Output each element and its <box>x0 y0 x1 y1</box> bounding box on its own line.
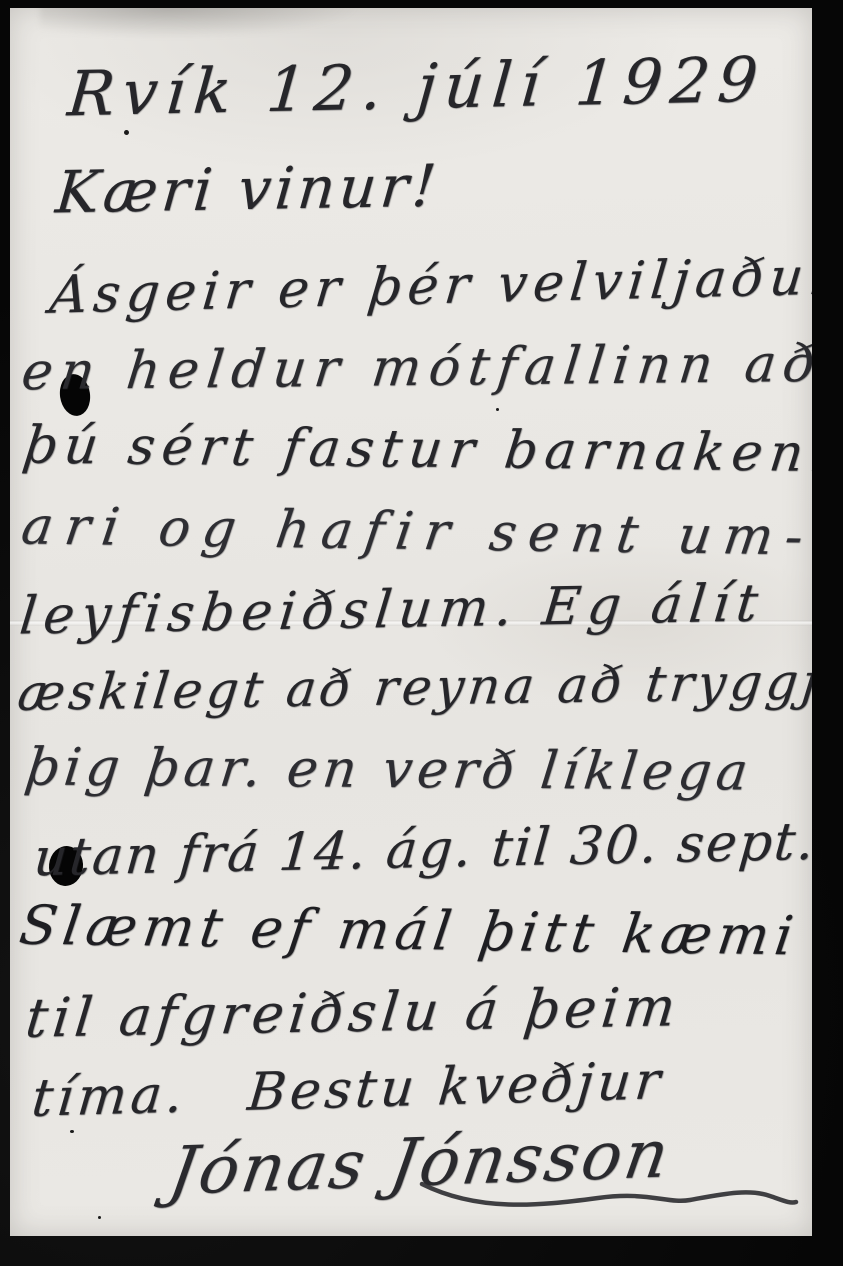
body-line: þig þar. en verð líklega <box>23 741 755 798</box>
body-line: æskilegt að reyna að tryggja <box>15 656 812 718</box>
dust-speck <box>496 408 499 411</box>
body-line: utan frá 14. ág. til 30. sept. <box>32 816 812 884</box>
letter-page: Rvík 12. júlí 1929 Kæri vinur! Ásgeir er… <box>10 8 812 1236</box>
dateline: Rvík 12. júlí 1929 <box>65 49 768 126</box>
body-line: til afgreiðslu á þeim <box>23 980 683 1046</box>
scan-smudge <box>40 8 360 38</box>
dust-speck <box>124 130 129 135</box>
dust-speck <box>70 1130 74 1133</box>
dust-speck <box>98 1216 101 1219</box>
body-line: þú sért fastur barnakenn- <box>21 420 812 481</box>
closing-line: tíma. Bestu kveðjur <box>30 1055 667 1125</box>
body-line: Ásgeir er þér velviljaður <box>48 250 812 321</box>
signature-flourish-icon <box>418 1166 802 1230</box>
scan-background: Rvík 12. júlí 1929 Kæri vinur! Ásgeir er… <box>0 0 843 1266</box>
body-line: Slæmt ef mál þitt kæmi <box>16 899 802 964</box>
salutation: Kæri vinur! <box>53 157 442 222</box>
body-line: en heldur mótfallinn að <box>19 338 812 398</box>
body-line: ari og hafir sent um- <box>18 501 812 564</box>
body-line: leyfisbeiðslum. Eg álít <box>17 577 767 642</box>
